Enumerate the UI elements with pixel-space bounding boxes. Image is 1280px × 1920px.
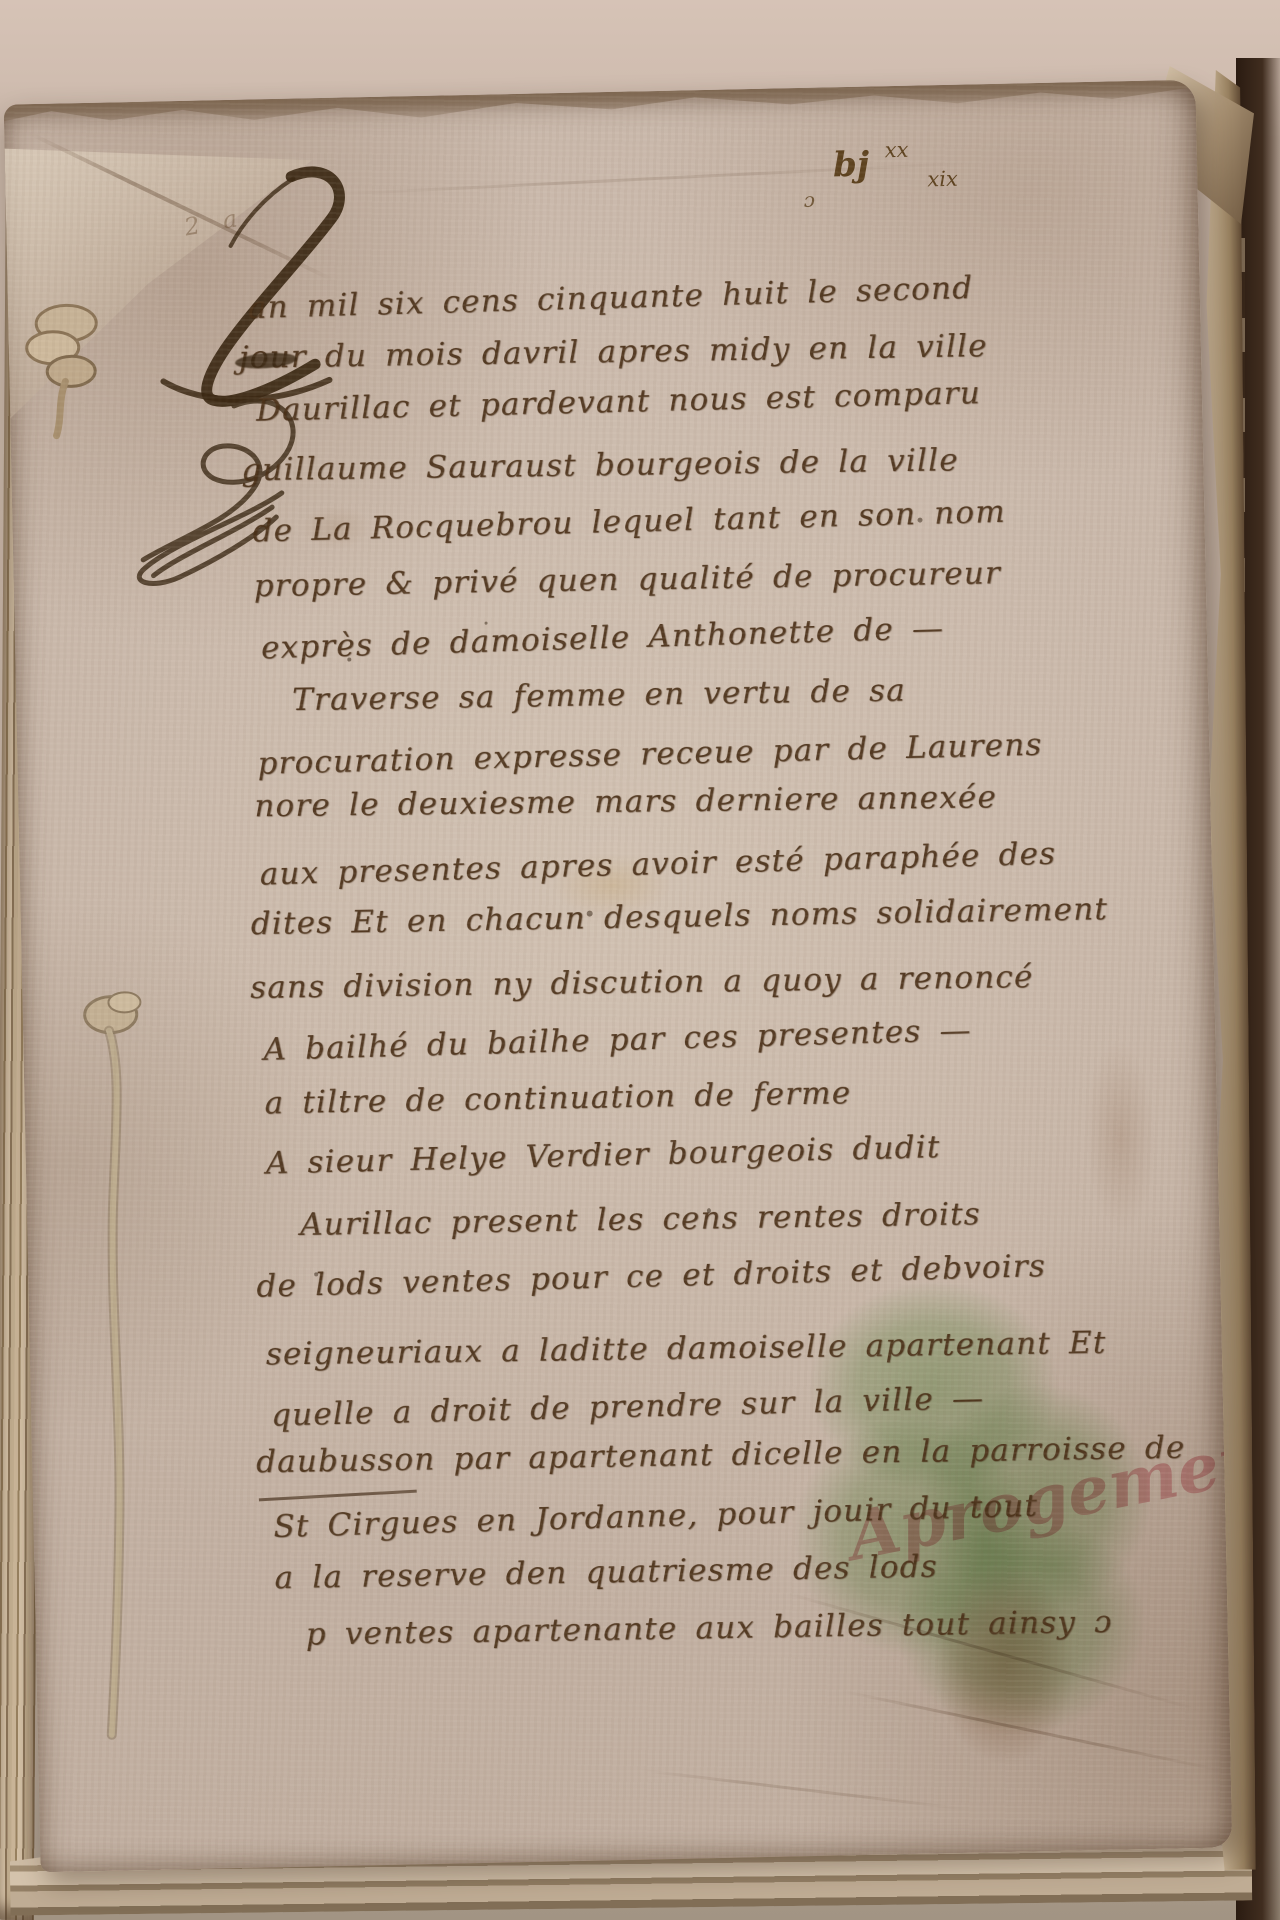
manuscript-line: de lods ventes pour ce et droits et debv… bbox=[256, 1248, 1046, 1305]
ink-speck bbox=[707, 1208, 711, 1213]
manuscript-line: A sieur Helye Verdier bourgeois dudit bbox=[265, 1129, 940, 1181]
ink-speck bbox=[347, 658, 351, 662]
manuscript-line: a tiltre de continuation de ferme bbox=[264, 1075, 851, 1121]
manuscript-line: procuration expresse receue par de Laure… bbox=[257, 727, 1043, 782]
photo-of-manuscript: 2 a Aprogemere ɔ bj xx xix bbox=[0, 0, 1280, 1920]
manuscript-line: nore le deuxiesme mars derniere annexée bbox=[254, 779, 997, 824]
manuscript-line: dites Et en chacun desquels noms solidai… bbox=[251, 891, 1109, 942]
manuscript-line: seigneuriaux a laditte damoiselle aparte… bbox=[266, 1325, 1107, 1373]
manuscript-line: guillaume Sauraust bourgeois de la ville bbox=[241, 442, 959, 488]
manuscript-line: de La Rocquebrou lequel tant en son nom bbox=[252, 494, 1006, 550]
manuscript-lines: an mil six cens cinquante huit le second… bbox=[4, 80, 1233, 1873]
manuscript-line: an mil six cens cinquante huit le second bbox=[247, 270, 973, 326]
manuscript-line: Daurillac et pardevant nous est comparu bbox=[256, 375, 982, 429]
ink-speck bbox=[485, 622, 488, 625]
manuscript-line: Aurillac present les cens rentes droits bbox=[300, 1196, 981, 1243]
manuscript-line: propre & privé quen qualité de procureur bbox=[253, 555, 1001, 604]
manuscript-line: Traverse sa femme en vertu de sa bbox=[292, 673, 906, 719]
ink-speck bbox=[917, 518, 922, 523]
manuscript-line: a la reserve den quatriesme des lods bbox=[274, 1549, 938, 1597]
manuscript-line: aux presentes apres avoir esté paraphée … bbox=[259, 836, 1056, 893]
manuscript-line: A bailhé du bailhe par ces presentes — bbox=[263, 1012, 972, 1068]
manuscript-line: exprès de damoiselle Anthonette de — bbox=[261, 610, 945, 666]
manuscript-line: quelle a droit de prendre sur la ville — bbox=[271, 1380, 985, 1433]
manuscript-line: daubusson par apartenant dicelle en la p… bbox=[256, 1430, 1186, 1481]
manuscript-line: St Cirgues en Jordanne, pour jouir du to… bbox=[273, 1488, 1039, 1545]
ink-speck bbox=[587, 911, 593, 917]
manuscript-line: p ventes apartenante aux bailles tout ai… bbox=[305, 1604, 1112, 1653]
manuscript-line: sans division ny discution a quoy a reno… bbox=[250, 959, 1034, 1006]
manuscript-page: 2 a Aprogemere ɔ bj xx xix bbox=[4, 80, 1233, 1873]
manuscript-line: jour du mois davril apres midy en la vil… bbox=[239, 328, 988, 376]
